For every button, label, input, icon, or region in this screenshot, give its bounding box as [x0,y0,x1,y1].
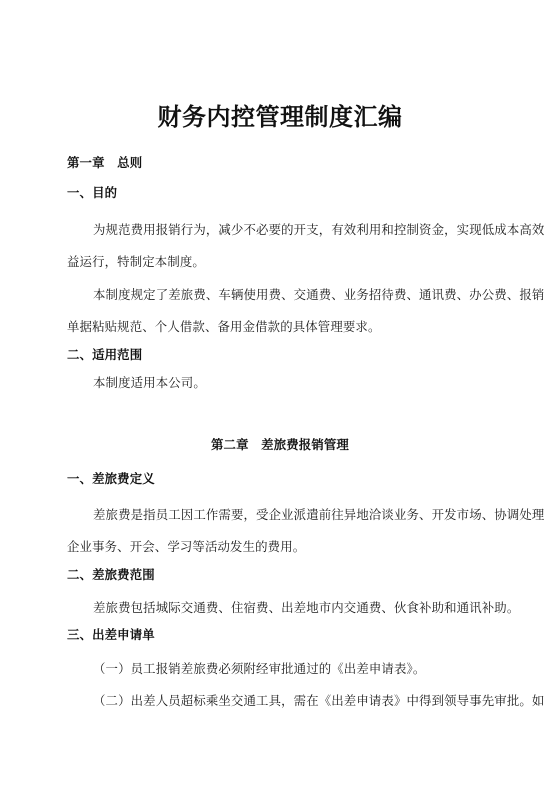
purpose-paragraph-1-line-2: 益运行，特制定本制度。 [67,254,205,270]
purpose-paragraph-2-line-2: 单据粘贴规范、个人借款、备用金借款的具体管理要求。 [67,319,381,335]
section-purpose-heading: 一、目的 [67,185,117,201]
purpose-paragraph-1-line-1: 为规范费用报销行为，减少不必要的开支，有效利用和控制资金，实现低成本高效 [93,222,493,238]
travel-scope-paragraph: 差旅费包括城际交通费、住宿费、出差地市内交通费、伙食补助和通讯补助。 [93,600,519,616]
scope-paragraph: 本制度适用本公司。 [93,375,206,391]
section-travel-definition-heading: 一、差旅费定义 [67,471,155,487]
section-scope-heading: 二、适用范围 [67,347,142,363]
document-page: 财务内控管理制度汇编 第一章 总则 一、目的 为规范费用报销行为，减少不必要的开… [0,0,560,792]
chapter-1-heading: 第一章 总则 [67,155,142,171]
travel-definition-line-1: 差旅费是指员工因工作需要，受企业派遣前往异地洽谈业务、开发市场、协调处理 [93,507,493,523]
travel-request-item-1: （一）员工报销差旅费必须附经审批通过的《出差申请表》。 [93,661,425,677]
chapter-2-heading: 第二章 差旅费报销管理 [0,437,560,453]
purpose-paragraph-2-line-1: 本制度规定了差旅费、车辆使用费、交通费、业务招待费、通讯费、办公费、报销 [93,287,493,303]
section-travel-request-heading: 三、出差申请单 [67,627,155,643]
travel-request-item-2: （二）出差人员超标乘坐交通工具，需在《出差申请表》中得到领导事先审批。如 [93,693,493,709]
document-title: 财务内控管理制度汇编 [0,102,560,132]
section-travel-scope-heading: 二、差旅费范围 [67,567,155,583]
travel-definition-line-2: 企业事务、开会、学习等活动发生的费用。 [67,539,305,555]
